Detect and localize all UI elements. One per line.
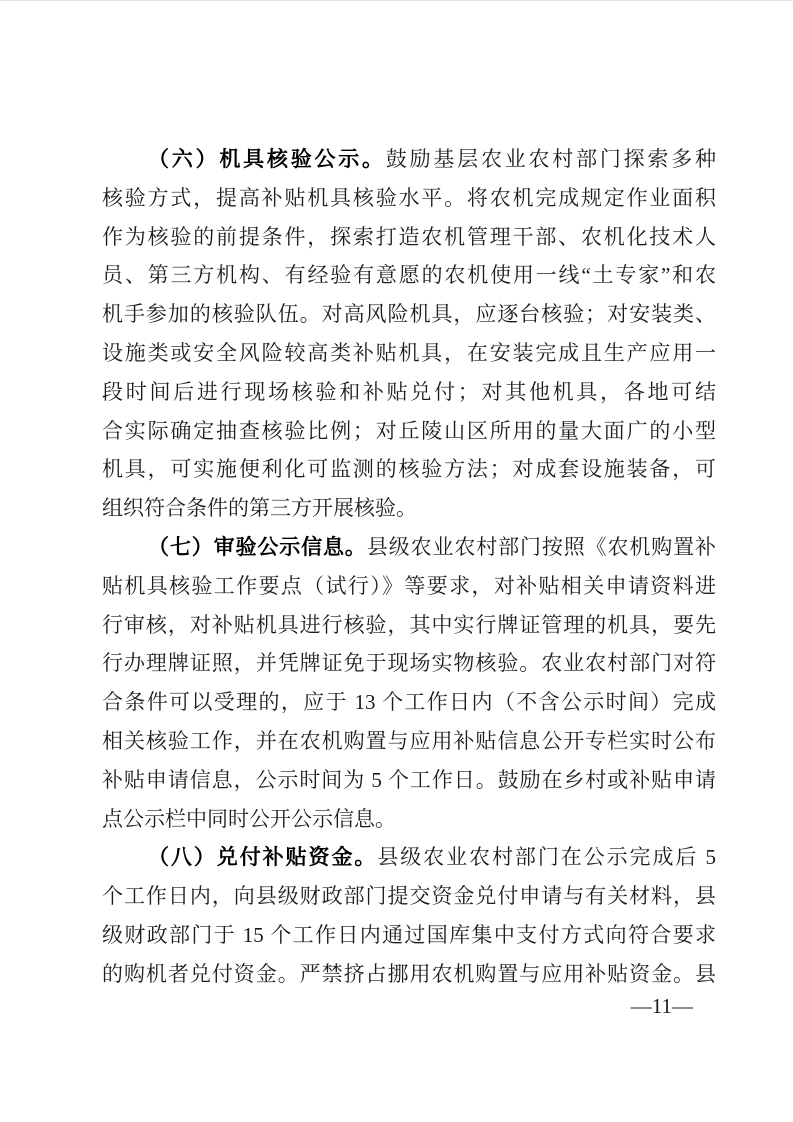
line-text: 鼓励基层农业农村部门探索多种 bbox=[386, 147, 716, 171]
text-line: 贴机具核验工作要点（试行）》等要求，对补贴相关申请资料进 bbox=[102, 567, 716, 606]
line-text: 级财政部门于 15 个工作日内通过国库集中支付方式向符合要求 bbox=[102, 923, 716, 947]
line-text: 员、第三方机构、有经验有意愿的农机使用一线“土专家”和农 bbox=[102, 263, 716, 287]
line-text: 补贴申请信息，公示时间为 5 个工作日。鼓励在乡村或补贴申请 bbox=[102, 768, 716, 792]
line-text: 设施类或安全风险较高类补贴机具，在安装完成且生产应用一 bbox=[102, 341, 716, 365]
text-line: 行办理牌证照，并凭牌证免于现场实物核验。农业农村部门对符 bbox=[102, 644, 716, 683]
text-line: 的购机者兑付资金。严禁挤占挪用农机购置与应用补贴资金。县 bbox=[102, 955, 716, 994]
text-line: 段时间后进行现场核验和补贴兑付；对其他机具，各地可结 bbox=[102, 373, 716, 412]
line-text: 行办理牌证照，并凭牌证免于现场实物核验。农业农村部门对符 bbox=[102, 651, 716, 675]
text-line: 级财政部门于 15 个工作日内通过国库集中支付方式向符合要求 bbox=[102, 916, 716, 955]
text-line: 设施类或安全风险较高类补贴机具，在安装完成且生产应用一 bbox=[102, 334, 716, 373]
line-text: 县级农业农村部门按照《农机购置补 bbox=[367, 535, 716, 559]
line-text: 机手参加的核验队伍。对高风险机具，应逐台核验；对安装类、 bbox=[102, 302, 716, 326]
text-line: 机手参加的核验队伍。对高风险机具，应逐台核验；对安装类、 bbox=[102, 295, 716, 334]
text-line: 行审核，对补贴机具进行核验，其中实行牌证管理的机具，要先 bbox=[102, 606, 716, 645]
page-number: —11— bbox=[631, 994, 693, 1018]
text-line: （六）机具核验公示。鼓励基层农业农村部门探索多种 bbox=[102, 140, 716, 179]
line-text: 段时间后进行现场核验和补贴兑付；对其他机具，各地可结 bbox=[102, 380, 716, 404]
paragraph-heading: （七）审验公示信息。 bbox=[148, 535, 367, 559]
text-line: 组织符合条件的第三方开展核验。 bbox=[102, 489, 716, 528]
line-text: 机具，可实施便利化可监测的核验方法；对成套设施装备，可 bbox=[102, 457, 716, 481]
text-line: 补贴申请信息，公示时间为 5 个工作日。鼓励在乡村或补贴申请 bbox=[102, 761, 716, 800]
text-line: 合条件可以受理的，应于 13 个工作日内（不含公示时间）完成 bbox=[102, 683, 716, 722]
line-text: 行审核，对补贴机具进行核验，其中实行牌证管理的机具，要先 bbox=[102, 613, 716, 637]
line-text: 组织符合条件的第三方开展核验。 bbox=[102, 496, 417, 520]
line-text: 核验方式，提高补贴机具核验水平。将农机完成规定作业面积 bbox=[102, 186, 716, 210]
line-text: 作为核验的前提条件，探索打造农机管理干部、农机化技术人 bbox=[102, 225, 716, 249]
line-text: 贴机具核验工作要点（试行）》等要求，对补贴相关申请资料进 bbox=[102, 574, 716, 598]
text-line: 相关核验工作，并在农机购置与应用补贴信息公开专栏实时公布 bbox=[102, 722, 716, 761]
paragraph-heading: （八）兑付补贴资金。 bbox=[148, 845, 377, 869]
line-text: 县级农业农村部门在公示完成后 5 bbox=[377, 845, 716, 869]
text-line: 点公示栏中同时公开公示信息。 bbox=[102, 800, 716, 839]
text-line: （八）兑付补贴资金。县级农业农村部门在公示完成后 5 bbox=[102, 838, 716, 877]
text-line: 机具，可实施便利化可监测的核验方法；对成套设施装备，可 bbox=[102, 450, 716, 489]
document-page: （六）机具核验公示。鼓励基层农业农村部门探索多种核验方式，提高补贴机具核验水平。… bbox=[0, 0, 793, 1122]
text-line: 合实际确定抽查核验比例；对丘陵山区所用的量大面广的小型 bbox=[102, 412, 716, 451]
text-line: 员、第三方机构、有经验有意愿的农机使用一线“土专家”和农 bbox=[102, 256, 716, 295]
line-text: 合条件可以受理的，应于 13 个工作日内（不含公示时间）完成 bbox=[102, 690, 716, 714]
paragraph-heading: （六）机具核验公示。 bbox=[148, 147, 386, 171]
line-text: 的购机者兑付资金。严禁挤占挪用农机购置与应用补贴资金。县 bbox=[102, 962, 716, 986]
document-body: （六）机具核验公示。鼓励基层农业农村部门探索多种核验方式，提高补贴机具核验水平。… bbox=[102, 140, 716, 994]
text-line: 个工作日内，向县级财政部门提交资金兑付申请与有关材料，县 bbox=[102, 877, 716, 916]
line-text: 个工作日内，向县级财政部门提交资金兑付申请与有关材料，县 bbox=[102, 884, 716, 908]
line-text: 相关核验工作，并在农机购置与应用补贴信息公开专栏实时公布 bbox=[102, 729, 716, 753]
line-text: 点公示栏中同时公开公示信息。 bbox=[102, 807, 396, 831]
text-line: 作为核验的前提条件，探索打造农机管理干部、农机化技术人 bbox=[102, 218, 716, 257]
text-line: 核验方式，提高补贴机具核验水平。将农机完成规定作业面积 bbox=[102, 179, 716, 218]
line-text: 合实际确定抽查核验比例；对丘陵山区所用的量大面广的小型 bbox=[102, 419, 716, 443]
text-line: （七）审验公示信息。县级农业农村部门按照《农机购置补 bbox=[102, 528, 716, 567]
